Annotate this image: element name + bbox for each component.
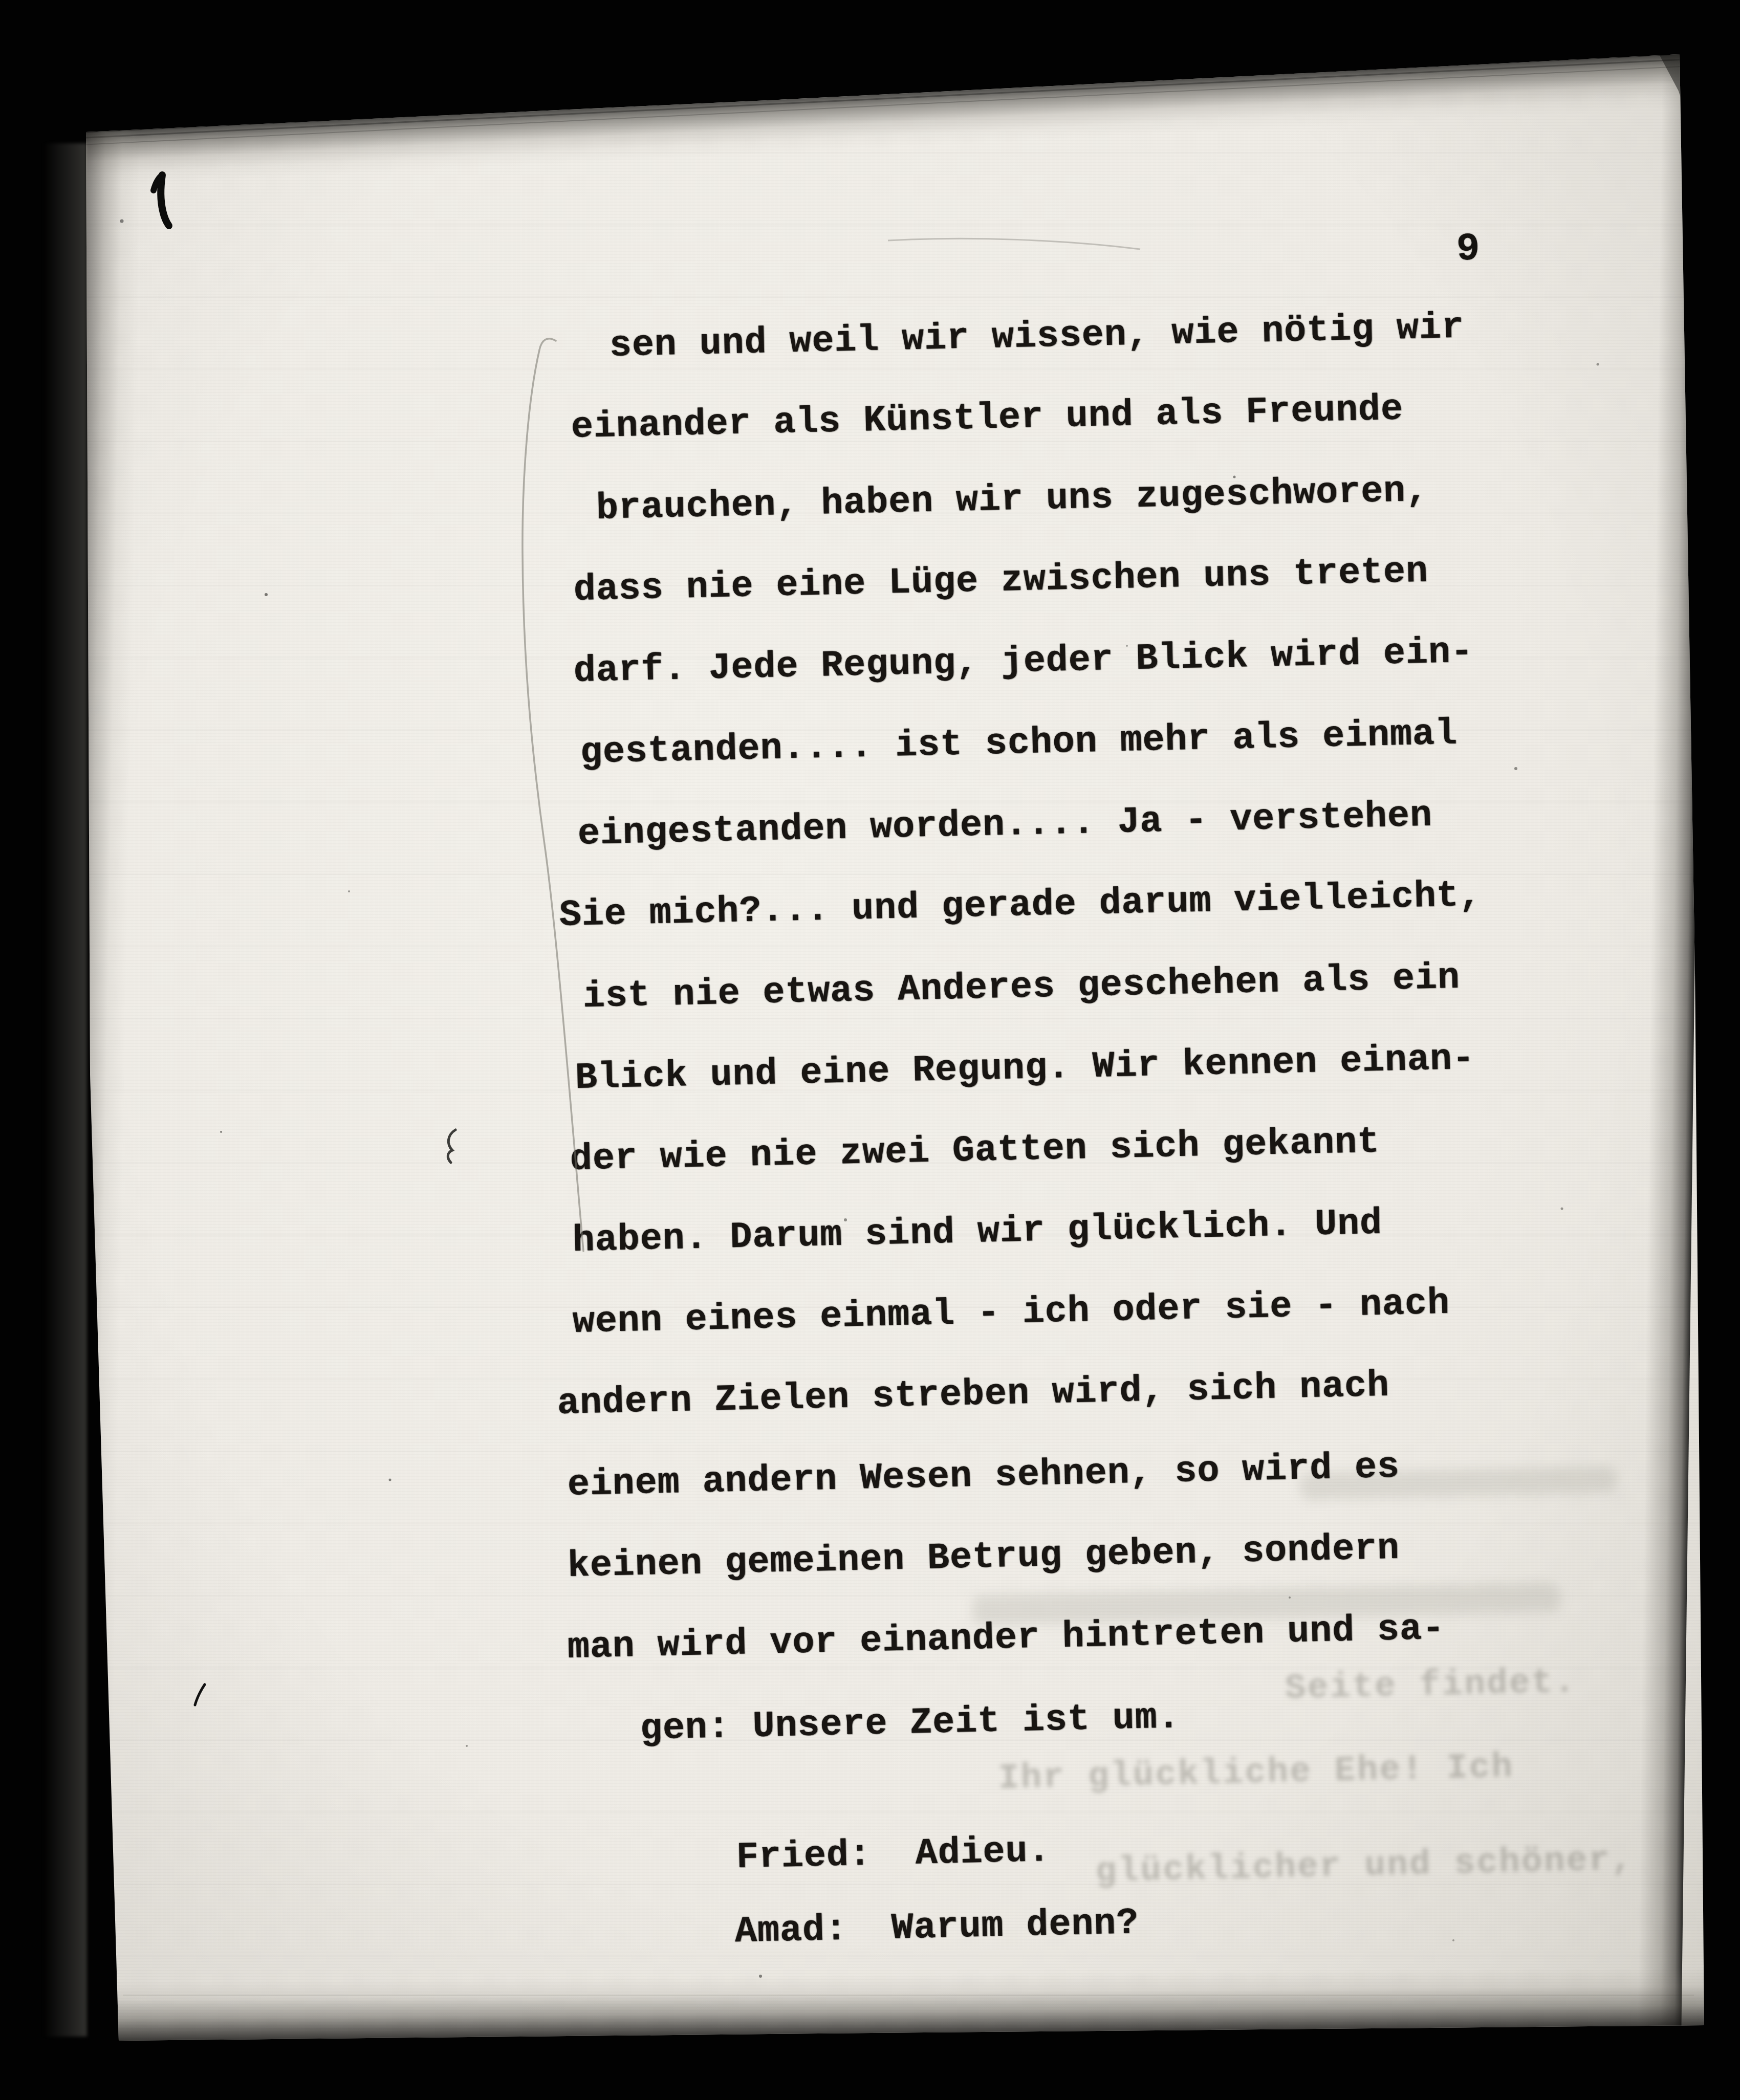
typescript-text-block: 9 sen und weil wir wissen, wie nötig wir… (0, 0, 1740, 2100)
typescript-line: wenn eines einmal - ich oder sie - nach (572, 1285, 1450, 1341)
dialogue-text: Warum denn? (891, 1902, 1139, 1950)
typescript-line: ist nie etwas Anderes geschehen als ein (582, 959, 1460, 1015)
typescript-line: brauchen, haben wir uns zugeschworen, (596, 472, 1429, 527)
typescript-line: Blick und eine Regung. Wir kennen einan- (575, 1040, 1475, 1097)
typescript-line: eingestanden worden.... Ja - verstehen (577, 797, 1433, 852)
page-number: 9 (1456, 227, 1480, 272)
typescript-line: darf. Jede Regung, jeder Blick wird ein- (573, 633, 1473, 690)
typewriter-tab (847, 1938, 891, 1939)
typescript-line: sen und weil wir wissen, wie nötig wir (609, 309, 1465, 364)
typewriter-tab (872, 1864, 916, 1865)
typescript-line: der wie nie zwei Gatten sich gekannt (570, 1123, 1380, 1178)
typescript-line: gestanden.... ist schon mehr als einmal (580, 715, 1458, 771)
typescript-line: einem andern Wesen sehnen, so wird es (567, 1449, 1400, 1503)
typescript-page-scan: Seite findet. Ihr glückliche Ehe! Ich gl… (0, 0, 1740, 2100)
typescript-line: andern Zielen streben wird, sich nach (557, 1367, 1390, 1422)
speaker-label: Amad: (734, 1909, 848, 1953)
typescript-line: einander als Künstler und als Freunde (571, 391, 1404, 446)
typescript-line: dass nie eine Lüge zwischen uns treten (573, 553, 1429, 608)
typescript-line: keinen gemeinen Betrug geben, sondern (567, 1530, 1400, 1585)
typescript-line: Sie mich?... und gerade darum vielleicht… (559, 877, 1482, 934)
typescript-line: haben. Darum sind wir glücklich. Und (572, 1205, 1383, 1259)
typescript-line: gen: Unsere Zeit ist um. (640, 1699, 1180, 1747)
scanner-background: Seite findet. Ihr glückliche Ehe! Ich gl… (0, 0, 1740, 2100)
page-stack-left-edge (43, 143, 87, 2037)
typescript-line: man wird vor einander hintreten und sa- (567, 1610, 1445, 1666)
dialogue-line: Amad:Warum denn? (554, 1868, 1140, 1991)
dialogue-text: Adieu. (915, 1830, 1051, 1875)
speaker-label: Fried: (736, 1834, 872, 1879)
